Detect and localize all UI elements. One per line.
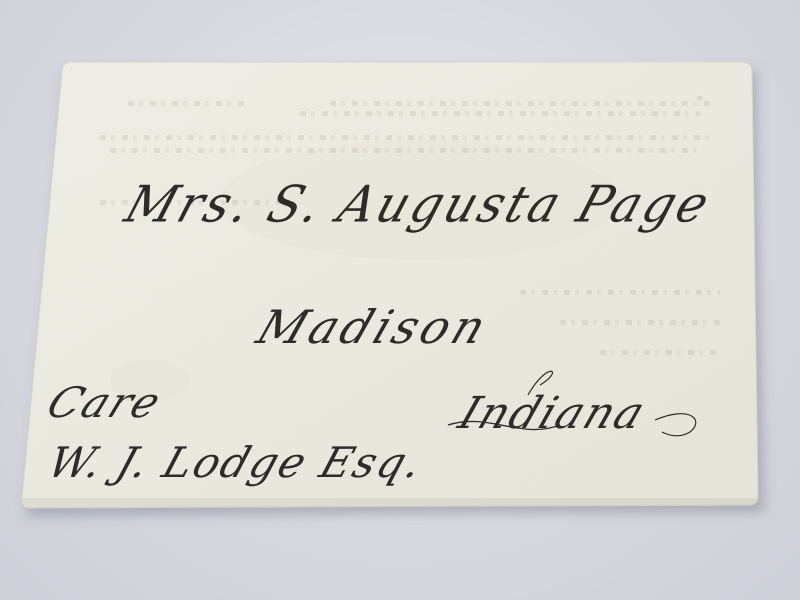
- care-of-name: W. J. Lodge Esq.: [42, 438, 430, 487]
- recipient-state: Indiana: [452, 388, 653, 439]
- recipient-city: Madison: [250, 300, 497, 354]
- care-of-label: Care: [40, 378, 170, 427]
- recipient-name: Mrs. S. Augusta Page: [118, 175, 719, 234]
